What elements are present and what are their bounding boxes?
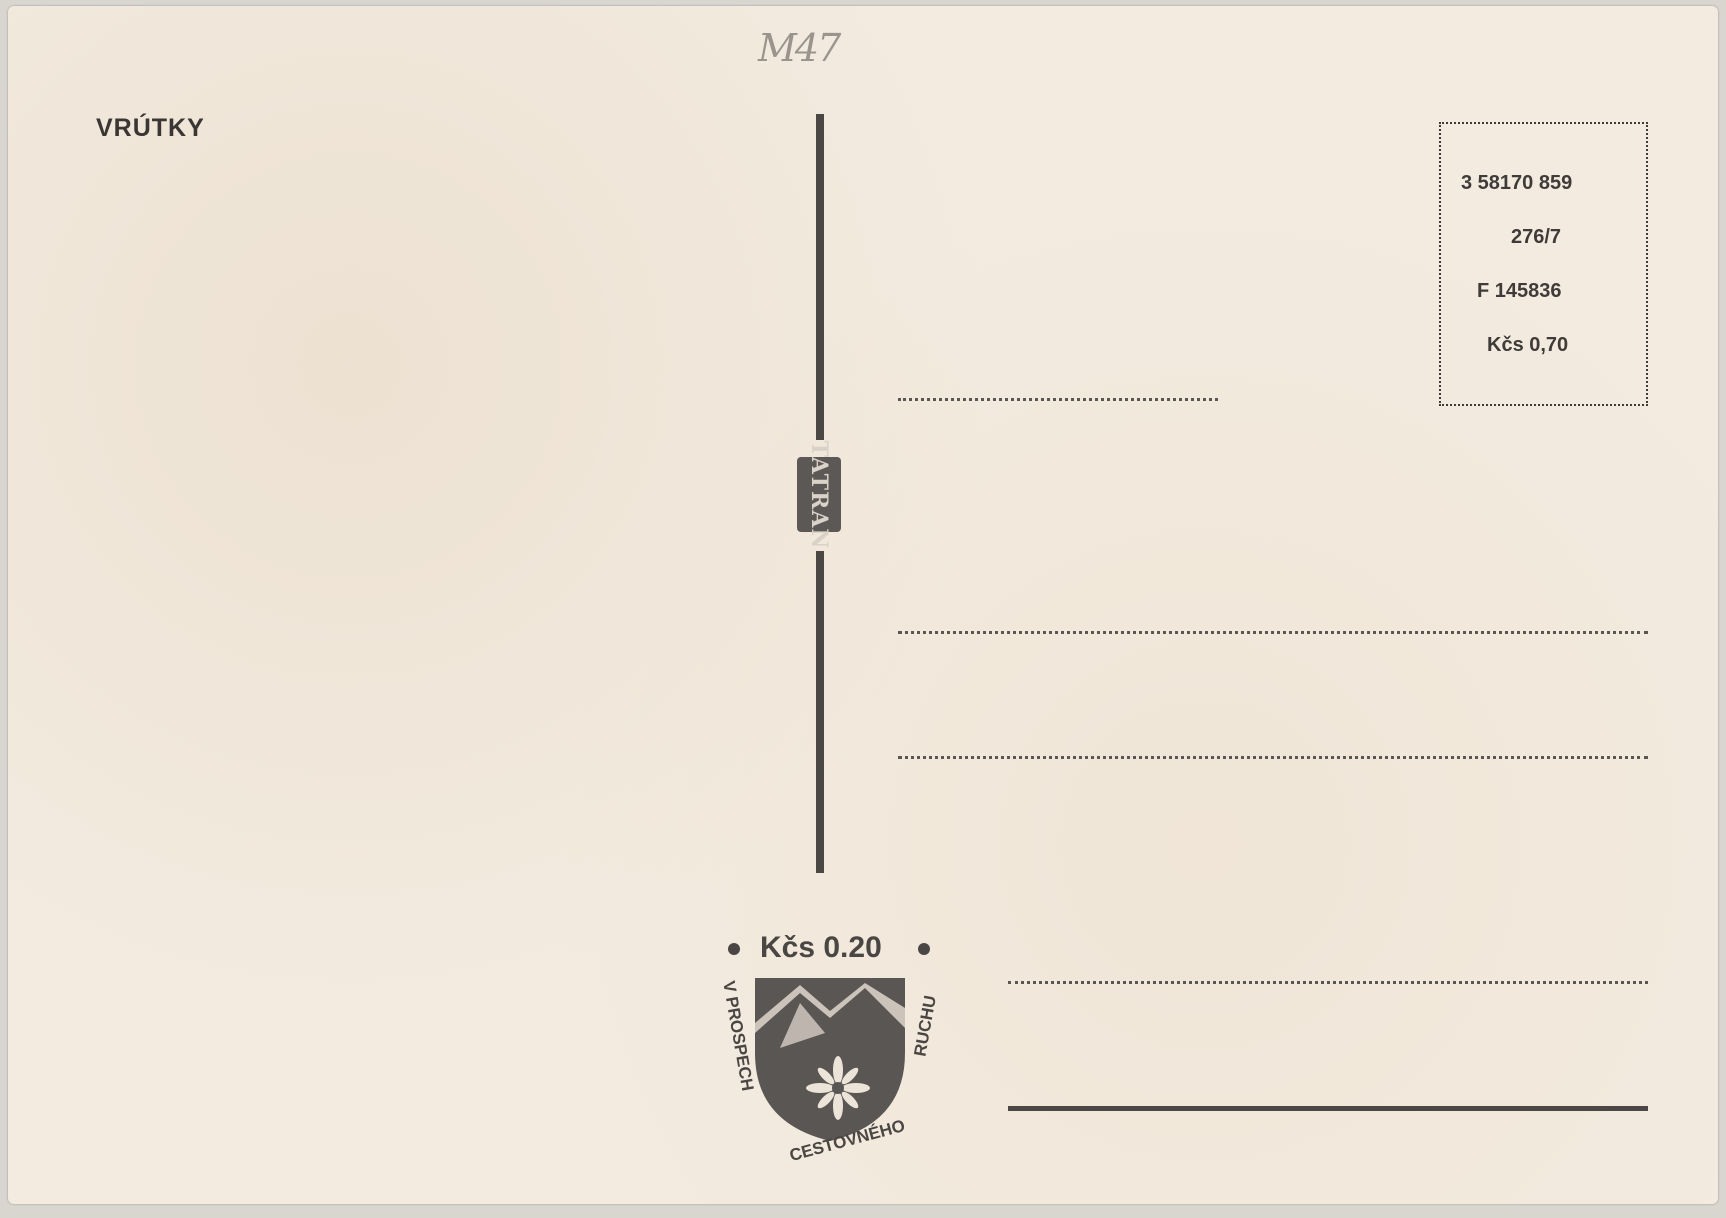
series-number: 276/7 [1511,226,1561,249]
stamp-price: Kčs 0.20 [760,931,882,965]
address-line-3 [898,756,1648,759]
center-divider-bottom [816,551,824,873]
center-divider-top [816,114,824,440]
stamp-dot-left [728,943,740,955]
postcard-back: VRÚTKY M47 TATRAN 3 58170 859 276/7 F 14… [8,6,1718,1204]
card-price: Kčs 0,70 [1487,334,1568,357]
place-name: VRÚTKY [96,114,205,143]
address-line-2 [898,631,1648,634]
stamp-info-box: 3 58170 859 276/7 F 145836 Kčs 0,70 [1439,122,1648,406]
address-line-4 [1008,981,1648,984]
tourism-stamp: Kčs 0.20 V PROSPECH CESTOVNÉHO RUCHU [720,931,940,1156]
photo-number: F 145836 [1477,280,1562,303]
stamp-text-right: RUCHU [911,994,941,1058]
stamp-dot-right [918,943,930,955]
publisher-logo: TATRAN [797,457,841,532]
address-line-1 [898,398,1218,401]
pencil-note: M47 [758,26,839,70]
mountains-edelweiss-shield-icon [750,973,910,1143]
address-line-5 [1008,1106,1648,1111]
catalog-number: 3 58170 859 [1461,172,1572,195]
publisher-logo-text: TATRAN [806,440,832,549]
